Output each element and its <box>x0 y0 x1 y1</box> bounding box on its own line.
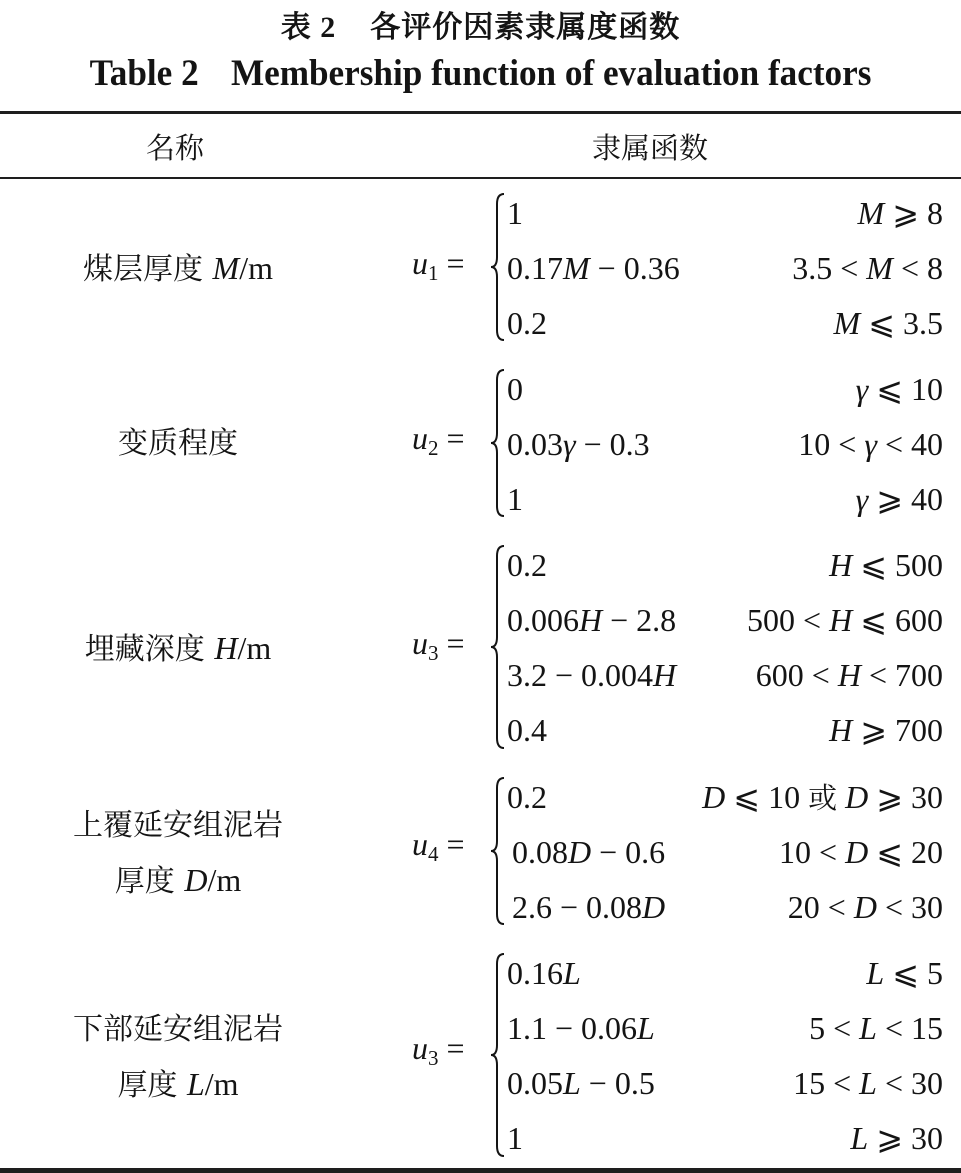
membership-symbol: u3 <box>412 1030 439 1066</box>
case-expression: 0.2 <box>507 538 547 593</box>
math-variable: D <box>184 862 207 898</box>
case-condition: H ⩽ 500 <box>829 538 943 593</box>
case-condition: H ⩾ 700 <box>829 703 943 758</box>
factor-name-line: 下部延安组泥岩 <box>0 1002 356 1057</box>
function-lhs: u4 = <box>412 826 465 867</box>
piecewise-case: 0.08D − 0.610 < D ⩽ 20 <box>507 825 943 880</box>
table-bottom-rule <box>0 1168 961 1173</box>
table-caption-en: Table 2Membership function of evaluation… <box>24 52 937 95</box>
factor-name: 上覆延安组泥岩厚度 D/m <box>0 798 356 909</box>
case-condition: M ⩽ 3.5 <box>834 296 943 351</box>
factor-name: 煤层厚度 M/m <box>0 241 356 297</box>
case-condition: 15 < L < 30 <box>793 1056 943 1111</box>
piecewise-case: 0γ ⩽ 10 <box>507 362 943 417</box>
membership-symbol: u1 <box>412 245 439 281</box>
header-name: 名称 <box>146 126 204 167</box>
function-lhs: u3 = <box>412 1030 465 1071</box>
left-brace-icon <box>488 544 508 755</box>
piecewise-case: 0.2M ⩽ 3.5 <box>507 296 943 351</box>
table-top-rule <box>0 111 961 114</box>
math-variable: M <box>858 195 885 231</box>
math-variable: γ <box>856 481 869 517</box>
math-variable: M <box>866 250 893 286</box>
case-condition: 10 < γ < 40 <box>798 417 943 472</box>
unit-label: /m <box>237 630 271 666</box>
membership-symbol: u3 <box>412 625 439 661</box>
math-variable: L <box>850 1120 868 1156</box>
math-variable: L <box>563 955 581 991</box>
math-variable: D <box>845 834 868 870</box>
table-title-cn: 各评价因素隶属度函数 <box>370 10 680 45</box>
table-number-cn: 表 2 <box>281 11 337 44</box>
case-condition: γ ⩾ 40 <box>856 472 943 527</box>
math-variable: L <box>859 1010 877 1046</box>
math-variable: γ <box>864 426 877 462</box>
case-condition: 3.5 < M < 8 <box>792 241 943 296</box>
math-variable: D <box>702 779 725 815</box>
piecewise-case: 1M ⩾ 8 <box>507 186 943 241</box>
case-condition: 20 < D < 30 <box>788 880 943 935</box>
math-variable: H <box>838 657 861 693</box>
case-condition: 10 < D ⩽ 20 <box>779 825 943 880</box>
case-expression: 0.08D − 0.6 <box>512 825 665 880</box>
math-variable: M <box>213 250 240 286</box>
math-variable: H <box>579 602 602 638</box>
header-membership-function: 隶属函数 <box>592 126 708 167</box>
membership-index: 3 <box>428 641 439 665</box>
math-variable: γ <box>563 426 576 462</box>
case-condition: 600 < H < 700 <box>756 648 943 703</box>
case-expression: 0.2 <box>507 296 547 351</box>
function-lhs: u1 = <box>412 245 465 286</box>
table-header-rule <box>0 177 961 179</box>
piecewise-case: 1.1 − 0.06L5 < L < 15 <box>507 1001 943 1056</box>
case-condition: L ⩽ 5 <box>866 946 943 1001</box>
math-variable: H <box>829 602 852 638</box>
math-variable: D <box>642 889 665 925</box>
case-expression: 1 <box>507 1111 523 1166</box>
math-variable: H <box>653 657 676 693</box>
left-brace-icon <box>488 952 508 1163</box>
case-expression: 1.1 − 0.06L <box>507 1001 655 1056</box>
factor-name: 下部延安组泥岩厚度 L/m <box>0 1002 356 1113</box>
membership-index: 2 <box>428 436 439 460</box>
piecewise-case: 0.2H ⩽ 500 <box>507 538 943 593</box>
unit-label: /m <box>239 250 273 286</box>
math-variable: M <box>834 305 861 341</box>
math-variable: H <box>829 712 852 748</box>
case-expression: 0.03γ − 0.3 <box>507 417 650 472</box>
piecewise-case: 0.2D ⩽ 10 或 D ⩾ 30 <box>507 770 943 825</box>
math-variable: L <box>866 955 884 991</box>
case-expression: 0.05L − 0.5 <box>507 1056 655 1111</box>
membership-index: 4 <box>428 842 439 866</box>
factor-name-line: 厚度 L/m <box>0 1057 356 1113</box>
math-variable: D <box>845 779 868 815</box>
case-expression: 0.16L <box>507 946 581 1001</box>
math-variable: M <box>563 250 590 286</box>
math-variable: D <box>854 889 877 925</box>
case-expression: 0.2 <box>507 770 547 825</box>
membership-symbol: u4 <box>412 826 439 862</box>
case-expression: 0.006H − 2.8 <box>507 593 676 648</box>
membership-symbol: u2 <box>412 420 439 456</box>
case-condition: M ⩾ 8 <box>858 186 943 241</box>
unit-label: /m <box>205 1066 239 1102</box>
case-condition: L ⩾ 30 <box>850 1111 943 1166</box>
math-variable: L <box>563 1065 581 1101</box>
case-expression: 0.17M − 0.36 <box>507 241 680 296</box>
piecewise-case: 0.05L − 0.515 < L < 30 <box>507 1056 943 1111</box>
piecewise-case: 0.16LL ⩽ 5 <box>507 946 943 1001</box>
case-condition: γ ⩽ 10 <box>856 362 943 417</box>
piecewise-case: 0.03γ − 0.310 < γ < 40 <box>507 417 943 472</box>
conjunction-or: 或 <box>808 781 837 815</box>
membership-index: 1 <box>428 261 439 285</box>
membership-index: 3 <box>428 1046 439 1070</box>
table-number-en: Table 2 <box>90 53 199 94</box>
math-variable: H <box>829 547 852 583</box>
factor-name-line: 厚度 D/m <box>0 853 356 909</box>
table-title-en: Membership function of evaluation factor… <box>231 53 871 94</box>
factor-name-line: 上覆延安组泥岩 <box>0 798 356 853</box>
factor-name: 变质程度 <box>0 416 356 471</box>
piecewise-case: 3.2 − 0.004H600 < H < 700 <box>507 648 943 703</box>
piecewise-case: 0.006H − 2.8500 < H ⩽ 600 <box>507 593 943 648</box>
math-variable: L <box>859 1065 877 1101</box>
factor-name: 埋藏深度 H/m <box>0 621 356 677</box>
case-expression: 0 <box>507 362 523 417</box>
case-expression: 1 <box>507 186 523 241</box>
unit-label: /m <box>207 862 241 898</box>
function-lhs: u2 = <box>412 420 465 461</box>
math-variable: γ <box>856 371 869 407</box>
case-expression: 0.4 <box>507 703 547 758</box>
piecewise-case: 0.17M − 0.363.5 < M < 8 <box>507 241 943 296</box>
piecewise-case: 1γ ⩾ 40 <box>507 472 943 527</box>
case-expression: 1 <box>507 472 523 527</box>
case-condition: 500 < H ⩽ 600 <box>747 593 943 648</box>
left-brace-icon <box>488 776 508 931</box>
math-variable: L <box>637 1010 655 1046</box>
left-brace-icon <box>488 368 508 523</box>
function-lhs: u3 = <box>412 625 465 666</box>
case-condition: 5 < L < 15 <box>809 1001 943 1056</box>
piecewise-case: 0.4H ⩾ 700 <box>507 703 943 758</box>
case-condition: D ⩽ 10 或 D ⩾ 30 <box>702 770 943 826</box>
left-brace-icon <box>488 192 508 347</box>
case-expression: 3.2 − 0.004H <box>507 648 676 703</box>
piecewise-case: 2.6 − 0.08D20 < D < 30 <box>507 880 943 935</box>
math-variable: D <box>568 834 591 870</box>
table-caption-cn: 表 2各评价因素隶属度函数 <box>0 2 961 46</box>
math-variable: H <box>214 630 237 666</box>
piecewise-case: 1L ⩾ 30 <box>507 1111 943 1166</box>
case-expression: 2.6 − 0.08D <box>512 880 665 935</box>
math-variable: L <box>187 1066 205 1102</box>
